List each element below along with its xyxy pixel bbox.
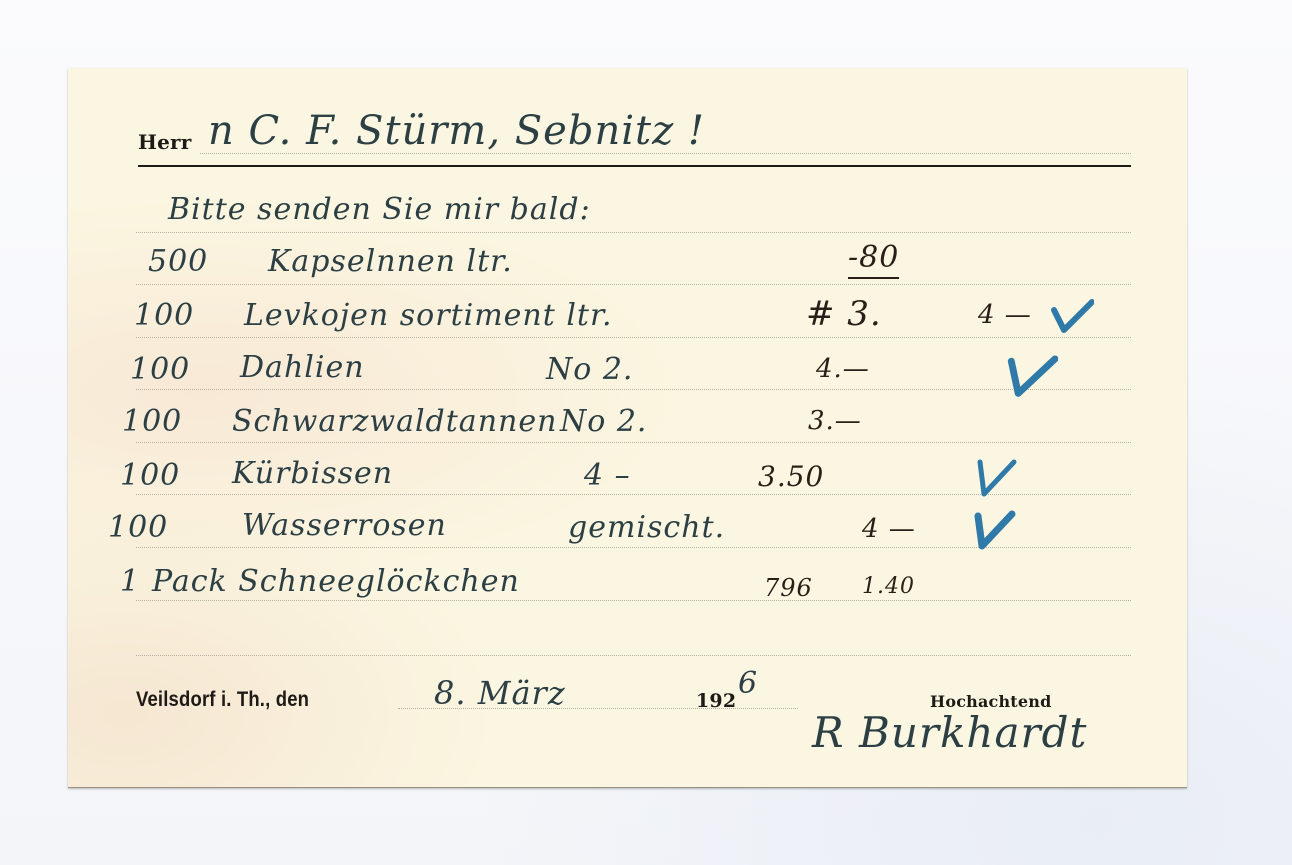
check-mark-icon bbox=[974, 458, 1018, 498]
handwritten-signature: R Burkhardt bbox=[812, 708, 1087, 757]
order-price: 4 — bbox=[978, 300, 1032, 330]
handwritten-year-suffix: 6 bbox=[738, 666, 758, 701]
order-spec: gemischt. bbox=[568, 510, 725, 545]
order-item: Kürbissen bbox=[232, 456, 393, 491]
writing-line-5 bbox=[136, 442, 1131, 443]
handwritten-date: 8. März bbox=[434, 674, 566, 712]
printed-year-prefix: 192 bbox=[696, 690, 736, 712]
order-price: 4 — bbox=[862, 514, 916, 544]
order-price: 3.— bbox=[808, 406, 862, 436]
order-item: Schwarzwaldtannen bbox=[232, 404, 557, 439]
check-mark-icon bbox=[1050, 296, 1094, 336]
writing-line-8 bbox=[136, 600, 1131, 601]
order-qty: 100 bbox=[108, 510, 168, 545]
check-mark-icon bbox=[1006, 352, 1058, 398]
order-price-note: 796 bbox=[764, 574, 813, 602]
order-price: 4.— bbox=[816, 354, 870, 384]
order-qty: 1 bbox=[120, 564, 140, 599]
order-price: -80 bbox=[848, 240, 899, 279]
addressee-dotted-line bbox=[200, 153, 1131, 154]
order-item: Kapselnnen ltr. bbox=[268, 244, 513, 279]
order-qty: 500 bbox=[148, 244, 208, 279]
order-item: Levkojen sortiment ltr. bbox=[244, 298, 613, 333]
order-qty: 100 bbox=[134, 298, 194, 333]
order-price: 3.50 bbox=[758, 460, 824, 493]
order-spec: No 2. bbox=[546, 352, 633, 387]
order-spec: 4 – bbox=[584, 458, 631, 493]
writing-line-2 bbox=[136, 284, 1131, 285]
order-price: 1.40 bbox=[862, 574, 915, 599]
writing-line-3 bbox=[136, 337, 1131, 338]
postcard: Herr n C. F. Stürm, Sebnitz ! Bitte send… bbox=[68, 68, 1187, 788]
writing-line-1 bbox=[136, 232, 1131, 233]
writing-line-9 bbox=[136, 655, 1131, 656]
order-item: Dahlien bbox=[240, 350, 365, 385]
order-qty: 100 bbox=[120, 458, 180, 493]
order-item: Pack Schneeglöckchen bbox=[152, 564, 520, 599]
printed-place: Veilsdorf i. Th., den bbox=[136, 688, 309, 712]
order-spec: # 3. bbox=[806, 294, 882, 334]
order-qty: 100 bbox=[122, 404, 182, 439]
check-mark-icon bbox=[972, 510, 1016, 550]
order-qty: 100 bbox=[130, 352, 190, 387]
writing-line-4 bbox=[136, 389, 1131, 390]
order-spec: No 2. bbox=[560, 404, 647, 439]
intro-line: Bitte senden Sie mir bald: bbox=[168, 192, 591, 227]
header-rule bbox=[138, 165, 1131, 167]
printed-salutation: Herr bbox=[138, 130, 192, 154]
handwritten-addressee: n C. F. Stürm, Sebnitz ! bbox=[208, 108, 705, 154]
order-item: Wasserrosen bbox=[242, 508, 447, 543]
